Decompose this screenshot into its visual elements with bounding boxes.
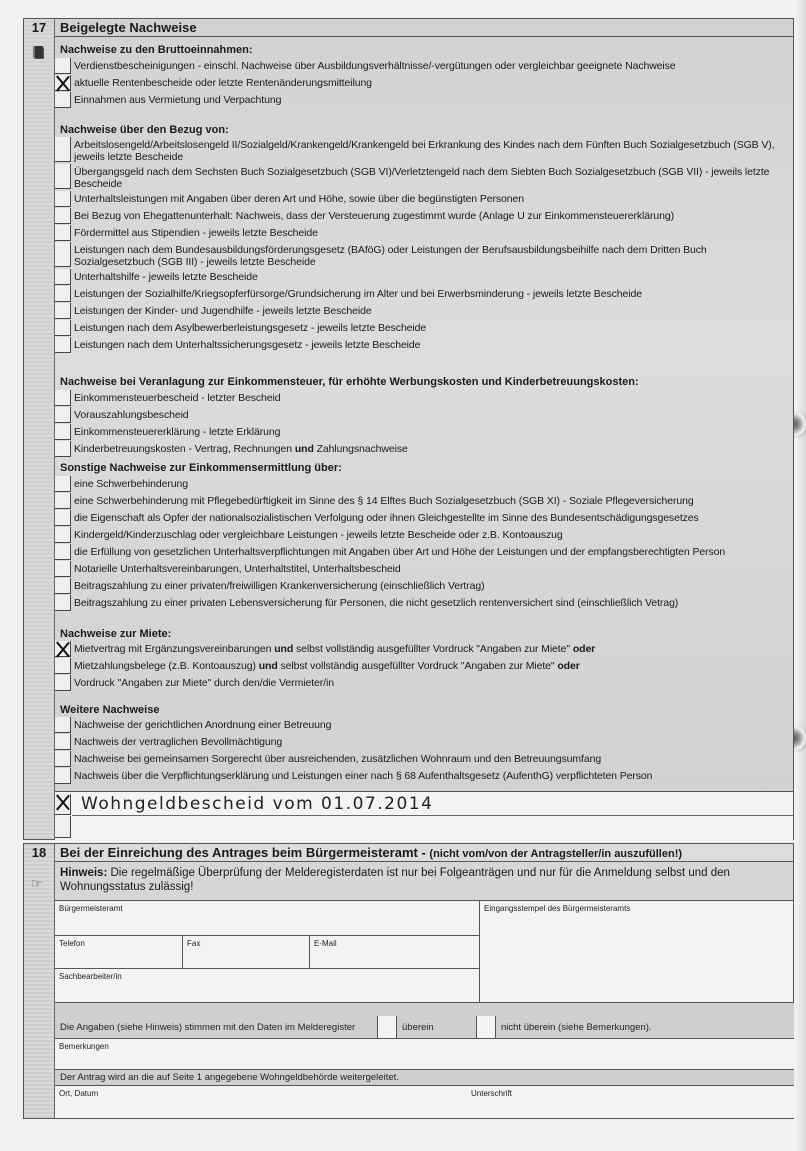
- proof-label: Nachweis über die Verpflichtungserklärun…: [74, 770, 789, 782]
- section-title-note: (nicht vom/von der Antragsteller/in ausz…: [429, 848, 682, 860]
- group-heading: Sonstige Nachweise zur Einkommensermittl…: [60, 461, 342, 475]
- checkbox-row: Einnahmen aus Vermietung und Verpachtung: [55, 92, 789, 108]
- proof-checkbox[interactable]: [55, 269, 71, 285]
- proof-label: Mietzahlungsbelege (z.B. Kontoauszug) un…: [74, 660, 789, 672]
- proof-label: Einkommensteuererklärung - letzte Erklär…: [74, 426, 789, 438]
- proof-checkbox[interactable]: [55, 137, 71, 162]
- register-check-row: Die Angaben (siehe Hinweis) stimmen mit …: [55, 1003, 794, 1039]
- hint-text: Die regelmäßige Überprüfung der Meldereg…: [60, 867, 730, 893]
- field-label: Telefon: [59, 939, 85, 948]
- other-proof-1-input[interactable]: Wohngeldbescheid vom 01.07.2014: [81, 794, 433, 814]
- group-heading: Nachweise über den Bezug von:: [60, 123, 229, 137]
- buergermeisteramt-field[interactable]: Bürgermeisteramt: [55, 901, 480, 936]
- caseworker-field[interactable]: Sachbearbeiter/in: [55, 969, 480, 1003]
- proof-checkbox[interactable]: [55, 561, 71, 577]
- proof-label: Unterhaltshilfe - jeweils letzte Beschei…: [74, 271, 789, 283]
- checkbox-row: Leistungen nach dem Asylbewerberleistung…: [55, 320, 789, 336]
- proof-checkbox[interactable]: [55, 751, 71, 767]
- proof-label: Fördermittel aus Stipendien - jeweils le…: [74, 227, 789, 239]
- proof-label: die Erfüllung von gesetzlichen Unterhalt…: [74, 546, 789, 558]
- proof-label: Leistungen der Sozialhilfe/Kriegsopferfü…: [74, 288, 789, 300]
- checkbox-row: eine Schwerbehinderung mit Pflegebedürft…: [55, 493, 789, 509]
- field-label: Sachbearbeiter/in: [59, 972, 122, 981]
- section-17-attached-proofs: 17 Beigelegte Nachweise Wohngeldbescheid…: [23, 18, 794, 840]
- checkbox-row: Unterhaltshilfe - jeweils letzte Beschei…: [55, 269, 789, 285]
- section-title-main: Bei der Einreichung des Antrages beim Bü…: [60, 845, 429, 860]
- proof-label: Vordruck "Angaben zur Miete" durch den/d…: [74, 677, 789, 689]
- proof-checkbox[interactable]: [55, 768, 71, 784]
- hint-box: Hinweis: Die regelmäßige Überprüfung der…: [55, 862, 793, 901]
- proof-label: Leistungen der Kinder- und Jugendhilfe -…: [74, 305, 789, 317]
- section-title: Bei der Einreichung des Antrages beim Bü…: [55, 844, 793, 862]
- group-heading: Nachweise zur Miete:: [60, 627, 171, 641]
- field-label: Unterschrift: [471, 1089, 512, 1098]
- group-heading: Weitere Nachweise: [60, 703, 159, 717]
- section-title: Beigelegte Nachweise: [55, 19, 793, 37]
- proof-label: Beitragszahlung zu einer privaten/freiwi…: [74, 580, 789, 592]
- proof-label: Leistungen nach dem Bundesausbildungsför…: [74, 244, 789, 268]
- checkbox-row: Mietvertrag mit Ergänzungsvereinbarungen…: [55, 641, 789, 657]
- checkbox-row: Einkommensteuerbescheid - letzter Besche…: [55, 390, 789, 406]
- register-check-text: Die Angaben (siehe Hinweis) stimmen mit …: [60, 1022, 355, 1033]
- proof-label: Einnahmen aus Vermietung und Verpachtung: [74, 94, 789, 106]
- checkbox-row: Kinderbetreuungskosten - Vertrag, Rechnu…: [55, 441, 789, 457]
- section-18-municipal-office: 18 ☞ Bei der Einreichung des Antrages be…: [23, 843, 794, 1119]
- field-label: Eingangsstempel des Bürgermeisteramts: [484, 904, 630, 913]
- checkbox-row: Fördermittel aus Stipendien - jeweils le…: [55, 225, 789, 241]
- proof-checkbox[interactable]: [55, 242, 71, 267]
- proof-label: Bei Bezug von Ehegattenunterhalt: Nachwe…: [74, 210, 789, 222]
- proof-checkbox[interactable]: [55, 286, 71, 302]
- forward-note: Der Antrag wird an die auf Seite 1 angeg…: [60, 1072, 399, 1083]
- proof-checkbox[interactable]: [55, 424, 71, 440]
- checkbox-row: Leistungen nach dem Bundesausbildungsför…: [55, 242, 789, 267]
- proof-checkbox[interactable]: [55, 658, 71, 674]
- fax-field[interactable]: Fax: [183, 936, 310, 969]
- proof-checkbox[interactable]: [55, 75, 71, 91]
- receipt-stamp-field[interactable]: Eingangsstempel des Bürgermeisteramts: [480, 901, 794, 1003]
- forward-note-row: Der Antrag wird an die auf Seite 1 angeg…: [55, 1070, 794, 1086]
- page-edge-shadow: [796, 0, 806, 1151]
- checkbox-row: eine Schwerbehinderung: [55, 476, 789, 492]
- proof-checkbox[interactable]: [55, 390, 71, 406]
- checkbox-row: Mietzahlungsbelege (z.B. Kontoauszug) un…: [55, 658, 789, 674]
- group-heading: Nachweise bei Veranlagung zur Einkommens…: [60, 375, 639, 389]
- proof-label: Kinderbetreuungskosten - Vertrag, Rechnu…: [74, 443, 789, 455]
- proof-checkbox[interactable]: [55, 225, 71, 241]
- checkbox-row: Kindergeld/Kinderzuschlag oder vergleich…: [55, 527, 789, 543]
- pointing-hand-icon: ☞: [31, 877, 43, 890]
- checkbox-row: Nachweise der gerichtlichen Anordnung ei…: [55, 717, 789, 733]
- proof-checkbox[interactable]: [55, 510, 71, 526]
- proof-checkbox[interactable]: [55, 476, 71, 492]
- checkbox-row: Verdienstbescheinigungen - einschl. Nach…: [55, 58, 789, 74]
- field-label: Fax: [187, 939, 200, 948]
- checkbox-row: Leistungen nach dem Unterhaltssicherungs…: [55, 337, 789, 353]
- field-label: Ort, Datum: [59, 1089, 98, 1098]
- proof-label: Leistungen nach dem Unterhaltssicherungs…: [74, 339, 789, 351]
- proof-label: Übergangsgeld nach dem Sechsten Buch Soz…: [74, 166, 789, 190]
- checkbox-row: die Eigenschaft als Opfer der nationalso…: [55, 510, 789, 526]
- proof-label: Kindergeld/Kinderzuschlag oder vergleich…: [74, 529, 789, 541]
- other-proofs-area: Wohngeldbescheid vom 01.07.2014: [55, 791, 793, 840]
- email-field[interactable]: E-Mail: [310, 936, 480, 969]
- proof-label: Leistungen nach dem Asylbewerberleistung…: [74, 322, 789, 334]
- section-number-column: 17: [24, 19, 55, 839]
- proof-label: Unterhaltsleistungen mit Angaben über de…: [74, 193, 789, 205]
- telefon-field[interactable]: Telefon: [55, 936, 183, 969]
- proof-checkbox[interactable]: [55, 164, 71, 189]
- proof-checkbox[interactable]: [55, 578, 71, 594]
- proof-checkbox[interactable]: [55, 441, 71, 457]
- register-mismatch-label: nicht überein (siehe Bemerkungen).: [501, 1022, 652, 1033]
- checkbox-row: Arbeitslosengeld/Arbeitslosengeld II/Soz…: [55, 137, 789, 162]
- proof-label: Notarielle Unterhaltsvereinbarungen, Unt…: [74, 563, 789, 575]
- divider: [72, 815, 793, 816]
- checkbox-row: Notarielle Unterhaltsvereinbarungen, Unt…: [55, 561, 789, 577]
- field-label: E-Mail: [314, 939, 337, 948]
- signature-field[interactable]: Unterschrift: [467, 1086, 794, 1118]
- proof-checkbox[interactable]: [55, 337, 71, 353]
- proof-label: Mietvertrag mit Ergänzungsvereinbarungen…: [74, 643, 789, 655]
- hint-label: Hinweis:: [60, 867, 107, 879]
- field-label: Bemerkungen: [59, 1042, 109, 1051]
- checkbox-row: Nachweis über die Verpflichtungserklärun…: [55, 768, 789, 784]
- proof-checkbox[interactable]: [55, 544, 71, 560]
- proof-label: eine Schwerbehinderung mit Pflegebedürft…: [74, 495, 789, 507]
- checkbox-row: Leistungen der Kinder- und Jugendhilfe -…: [55, 303, 789, 319]
- proof-checkbox[interactable]: [55, 527, 71, 543]
- proof-checkbox[interactable]: [55, 717, 71, 733]
- proof-label: Nachweise der gerichtlichen Anordnung ei…: [74, 719, 789, 731]
- checkbox-row: Unterhaltsleistungen mit Angaben über de…: [55, 191, 789, 207]
- group-heading: Nachweise zu den Bruttoeinnahmen:: [60, 43, 253, 57]
- remarks-field[interactable]: Bemerkungen: [55, 1039, 794, 1070]
- checkbox-row: Leistungen der Sozialhilfe/Kriegsopferfü…: [55, 286, 789, 302]
- proof-checkbox[interactable]: [55, 92, 71, 108]
- proof-checkbox[interactable]: [55, 407, 71, 423]
- proof-checkbox[interactable]: [55, 595, 71, 611]
- checkbox-row: Vordruck "Angaben zur Miete" durch den/d…: [55, 675, 789, 691]
- section-number-column: 18 ☞: [24, 844, 55, 1118]
- register-mismatch-checkbox[interactable]: [476, 1016, 496, 1038]
- proof-label: Verdienstbescheinigungen - einschl. Nach…: [74, 60, 789, 72]
- checkbox-row: Bei Bezug von Ehegattenunterhalt: Nachwe…: [55, 208, 789, 224]
- proof-checkbox[interactable]: [55, 641, 71, 657]
- proof-label: Beitragszahlung zu einer privaten Lebens…: [74, 597, 789, 609]
- checkbox-row: aktuelle Rentenbescheide oder letzte Ren…: [55, 75, 789, 91]
- book-icon: [33, 46, 43, 58]
- section-number: 18: [24, 844, 54, 862]
- proof-label: aktuelle Rentenbescheide oder letzte Ren…: [74, 77, 789, 89]
- register-match-checkbox[interactable]: [377, 1016, 397, 1038]
- checkbox-row: Einkommensteuererklärung - letzte Erklär…: [55, 424, 789, 440]
- other-proof-1-checkbox[interactable]: [55, 794, 71, 815]
- checkbox-row: Übergangsgeld nach dem Sechsten Buch Soz…: [55, 164, 789, 189]
- checkbox-row: Beitragszahlung zu einer privaten Lebens…: [55, 595, 789, 611]
- register-match-label: überein: [402, 1022, 434, 1033]
- proof-checkbox[interactable]: [55, 675, 71, 691]
- proof-label: die Eigenschaft als Opfer der nationalso…: [74, 512, 789, 524]
- proof-checkbox[interactable]: [55, 320, 71, 336]
- field-label: Bürgermeisteramt: [59, 904, 123, 913]
- other-proof-2-checkbox[interactable]: [55, 816, 71, 838]
- proof-checkbox[interactable]: [55, 303, 71, 319]
- proof-checkbox[interactable]: [55, 493, 71, 509]
- proof-checkbox[interactable]: [55, 191, 71, 207]
- proof-checkbox[interactable]: [55, 208, 71, 224]
- proof-checkbox[interactable]: [55, 58, 71, 74]
- proof-label: Nachweis der vertraglichen Bevollmächtig…: [74, 736, 789, 748]
- proof-label: eine Schwerbehinderung: [74, 478, 789, 490]
- proof-checkbox[interactable]: [55, 734, 71, 750]
- place-date-field[interactable]: Ort, Datum: [55, 1086, 467, 1118]
- proof-label: Vorauszahlungsbescheid: [74, 409, 789, 421]
- checkbox-row: Nachweis der vertraglichen Bevollmächtig…: [55, 734, 789, 750]
- checkbox-row: Nachweise bei gemeinsamen Sorgerecht übe…: [55, 751, 789, 767]
- section-number: 17: [24, 19, 54, 37]
- proof-label: Nachweise bei gemeinsamen Sorgerecht übe…: [74, 753, 789, 765]
- checkbox-row: die Erfüllung von gesetzlichen Unterhalt…: [55, 544, 789, 560]
- proof-label: Einkommensteuerbescheid - letzter Besche…: [74, 392, 789, 404]
- checkbox-row: Vorauszahlungsbescheid: [55, 407, 789, 423]
- checkbox-row: Beitragszahlung zu einer privaten/freiwi…: [55, 578, 789, 594]
- proof-label: Arbeitslosengeld/Arbeitslosengeld II/Soz…: [74, 139, 789, 163]
